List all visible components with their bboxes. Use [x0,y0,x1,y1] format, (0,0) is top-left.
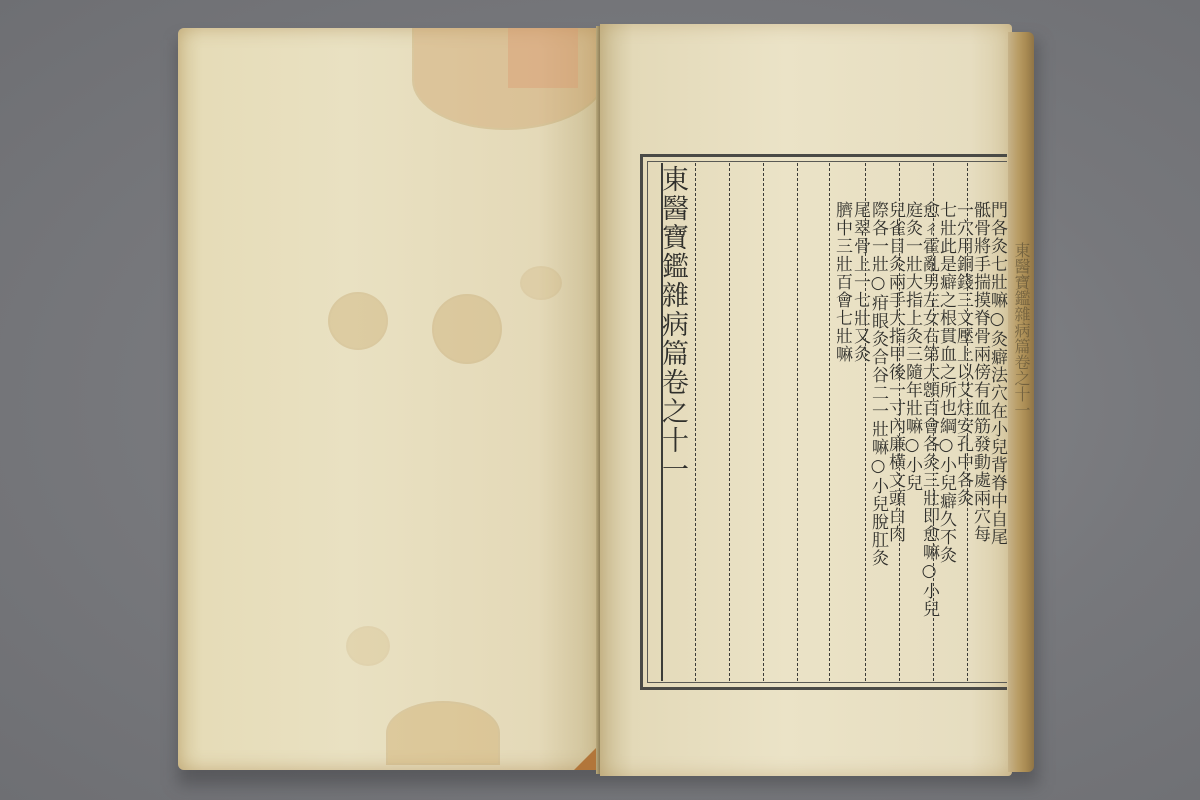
round-stain [348,628,388,664]
red-patch [508,28,578,88]
title-column: 東醫寶鑑雜病篇卷之十一 [661,163,695,681]
empty-column [729,163,762,681]
round-stain [522,268,560,298]
empty-column [695,163,728,681]
volume-title: 東醫寶鑑雜病篇卷之十一 [665,165,680,484]
round-stain [330,294,386,348]
empty-column [797,163,830,681]
fore-edge: 東醫寶鑑雜病篇卷之十一 [1008,32,1034,772]
round-stain [434,296,500,362]
print-frame: 東醫寶鑑雜病篇卷之十一 臍中三壯百會七壯嘛 尾翠骨上一七壯又灸 際各一壯○疳眼灸… [640,154,1007,690]
left-page [178,28,602,770]
empty-column [763,163,796,681]
right-page: 東醫寶鑑雜病篇卷之十一 臍中三壯百會七壯嘛 尾翠骨上一七壯又灸 際各一壯○疳眼灸… [600,24,1012,776]
fore-edge-label: 東醫寶鑑雜病篇卷之十一 [1010,242,1033,418]
water-stain-bottom [388,703,498,763]
